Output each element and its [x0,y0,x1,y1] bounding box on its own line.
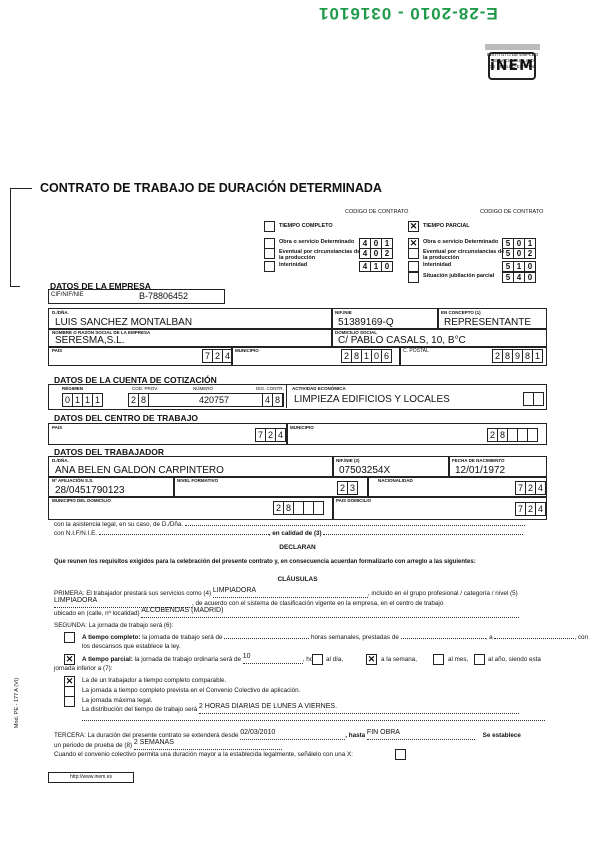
digit: 1 [362,350,372,362]
field-label: NIF./NIE [335,310,352,315]
digit [304,502,314,514]
digit: 8 [523,350,533,362]
distribucion-value: 2 HORAS DIARIAS DE LUNES A VIERNES. [199,703,337,710]
segunda-title: SEGUNDA: La jornada de trabajo será (6): [54,622,173,629]
parcial-option-label: Obra o servicio Determinado [423,239,508,245]
digit: 4 [263,394,273,406]
distribucion-line-2 [82,716,545,723]
digit [534,393,543,405]
dia-label: al día, [326,656,343,663]
empresa-domicilio-field[interactable]: DOMICILIO SOCIAL C/ PABLO CASALS, 10, B°… [331,328,547,348]
tercera-text: Se establece [483,732,521,739]
opt-comparable-label: La de un trabajador a tiempo completo co… [82,677,226,684]
prueba-value: 2 SEMANAS [134,739,174,746]
digit: 7 [516,482,526,494]
semana-label: a la semana, [381,656,417,663]
digit: 3 [348,482,357,494]
primera-text: ubicado en (calle, nº localidad) [54,610,140,617]
digit: 0 [372,350,382,362]
calidad-input[interactable] [323,534,523,535]
puesto-field[interactable]: LIMPIADORA [213,590,368,598]
convenio-checkbox[interactable] [395,749,406,760]
digit: 7 [203,350,213,362]
parcial-checkbox[interactable]: ✕ [64,654,75,665]
code-digit: 5 [503,273,514,282]
digit: 2 [342,350,352,362]
centro-pais-field[interactable]: PAIS [48,423,288,445]
mes-checkbox[interactable] [433,654,444,665]
tiempo-parcial-checkbox[interactable]: ✕ [408,221,419,232]
trabajador-pais-digits: 724 [515,502,546,516]
desde-value: 02/03/2010 [240,729,275,736]
tiempo-parcial-label: TIEMPO PARCIAL [423,223,470,229]
field-value: SERESMA,S.L. [55,335,124,346]
code-digit: 1 [525,239,535,248]
empresa-dona-field[interactable]: D./DÑA. LUIS SANCHEZ MONTALBAN [48,308,333,330]
field-value: 12/01/1972 [455,465,505,476]
clausulas-heading: CLÁUSULAS [0,576,595,583]
dig-digits: 48 [262,393,283,407]
ubicacion-value: ALCOBENDAS (MADRID) [141,607,223,614]
parcial-option-code: 510 [502,261,536,272]
digit: 2 [274,502,284,514]
field-label: MUNICIPIO [290,425,314,430]
ccc-number-field[interactable]: 420757 [128,393,284,407]
field-label: PAIS [52,348,62,353]
completo-text: la jornada de trabajo será de [141,634,223,641]
semana-checkbox[interactable]: ✕ [366,654,377,665]
digit: 8 [284,502,294,514]
digit: 2 [129,394,139,406]
parcial-option-code: 502 [502,248,536,259]
field-label: D./DÑA. [52,458,69,463]
field-value: 07503254X [339,465,390,476]
field-label: EN CONCEPTO (1) [441,310,481,315]
code-digit: 1 [371,262,382,271]
empresa-municipio-digits: 28106 [341,349,392,363]
digit: 7 [516,503,526,515]
distribucion-field-2[interactable] [82,720,545,721]
parcial-option-checkbox[interactable] [408,261,419,272]
inem-logo: iNEM INSTITUTO DE EMPLEO SERVICIO PUBLIC… [485,44,540,70]
nif-asistencia-label: con N.I.F/N.I.E. [54,530,97,537]
frame-line [10,286,20,287]
prov-digits: 28 [128,393,149,407]
opt-maxima-checkbox[interactable] [64,696,75,707]
code-digit: 5 [503,249,514,258]
distribucion-line: La distribución del tiempo de trabajo se… [82,706,519,714]
regimen-label: RÉGIMEN [62,386,83,391]
code-digit: 0 [382,262,392,271]
horas-value: 10 [243,653,251,660]
trabajador-nif-field[interactable]: NIF./NIE (2) 07503254X [332,456,450,478]
completo-text: , a [486,634,493,641]
prov-label: COD. PROV. [132,386,158,391]
tiempo-completo-label: TIEMPO COMPLETO [279,223,333,229]
empresa-pais-digits: 724 [202,349,233,363]
primera-line-2: LIMPIADORA, de acuerdo con el sistema de… [54,600,443,608]
completo-option-code: 410 [359,261,393,272]
code-digit: 0 [371,239,382,248]
code-digit: 4 [514,273,525,282]
tercera-line-2: un periodo de prueba de (8) 2 SEMANAS [54,742,282,750]
hasta-completo-input[interactable] [494,638,574,639]
field-value: REPRESENTANTE [444,317,531,328]
tercera-text: un periodo de prueba de (8) [54,742,132,749]
code-digit: 0 [525,273,535,282]
digit [528,429,537,441]
inem-url-link[interactable]: http://www.inem.es [48,772,134,783]
model-code: Mod. PE - 177 A (VI) [14,678,20,728]
trabajador-dona-field[interactable]: D./DÑA. ANA BELEN GALDON CARPINTERO [48,456,334,478]
digit [314,502,323,514]
trabajador-municipio-digits: 28 [273,501,324,515]
field-label: FECHA DE NACIMIENTO [452,458,505,463]
field-label: D./DÑA. [52,310,69,315]
digit [524,393,534,405]
digit: 2 [338,482,348,494]
cif-field[interactable]: CIF/NIF/NIE B-78806452 [48,289,225,304]
registry-stamp: E-28-2010 - 0316101 [318,3,498,23]
parcial-option-label: Interinidad [423,262,508,268]
horas-completo-input[interactable] [224,638,309,639]
digit: 1 [93,394,102,406]
horas-parcial-field[interactable]: 10 [243,656,303,664]
cif-label: CIF/NIF/NIE [51,292,84,298]
digit: 1 [83,394,93,406]
digit: 2 [488,429,498,441]
parcial-option-label: Eventual por circunstancias de la produc… [423,249,508,261]
tercera-text: TERCERA: La duración del presente contra… [54,732,238,739]
code-digit: 4 [360,239,371,248]
parcial-label: A tiempo parcial: [82,656,133,663]
section-centro: DATOS DEL CENTRO DE TRABAJO [54,413,198,423]
empresa-concepto-field[interactable]: EN CONCEPTO (1) REPRESENTANTE [437,308,547,330]
codigo-label-1: CODIGO DE CONTRATO [345,209,408,215]
code-digit: 4 [360,249,371,258]
inem-logo-mark: iNEM [488,52,536,80]
digit: 4 [223,350,232,362]
digit: 2 [526,503,536,515]
primera-text: PRIMERA: El trabajador prestará sus serv… [54,590,211,597]
digit: 8 [139,394,148,406]
digit: 4 [536,482,545,494]
field-label: Nº AFILIACIÓN S.S. [52,478,93,483]
dia-checkbox[interactable] [312,654,323,665]
frame-line [10,188,11,286]
parcial-option-checkbox[interactable] [408,272,419,283]
tiempo-completo-checkbox[interactable] [264,221,275,232]
digit [518,429,528,441]
declaran-heading: DECLARAN [0,544,595,551]
regimen-digits[interactable]: 0111 [62,393,103,407]
completo-option-checkbox[interactable] [264,248,275,259]
asistencia-line-1: con la asistencia legal, en su caso, de … [54,521,544,528]
code-digit: 2 [382,249,392,258]
parcial-text: la jornada de trabajo ordinaria será de [133,656,241,663]
field-value: 28/0451790123 [55,485,125,496]
primera-line-1: PRIMERA: El trabajador prestará sus serv… [54,590,518,598]
digit: 2 [526,482,536,494]
trabajador-nacimiento-field[interactable]: FECHA DE NACIMIENTO 12/01/1972 [448,456,547,478]
puesto-value: LIMPIADORA [213,587,256,594]
code-digit: 1 [514,262,525,271]
ano-label: al año, siendo esta [488,656,541,663]
digit: 8 [273,394,282,406]
digit: 2 [266,429,276,441]
field-label: NIF./NIE (2) [336,458,360,463]
nacionalidad-digits: 724 [515,481,546,495]
code-digit: 0 [525,262,535,271]
completo-option-label: Obra o servicio Determinado [279,239,364,245]
completo-label: A tiempo completo: [82,634,141,641]
parcial-line: A tiempo parcial: la jornada de trabajo … [82,656,322,664]
opt-maxima-label: La jornada máxima legal. [82,697,152,704]
tercera-text: , hasta [345,732,365,739]
asistencia-input[interactable] [185,525,525,526]
code-digit: 2 [525,249,535,258]
categoria-value: LIMPIADORA [54,597,97,604]
digit: 2 [213,350,223,362]
digit: 1 [533,350,542,362]
hasta-field[interactable]: FIN OBRA [367,732,475,740]
asistencia-label: con la asistencia legal, en su caso, de … [54,521,183,528]
completo-text: horas semanales, prestadas de [311,634,399,641]
desde-completo-input[interactable] [401,638,486,639]
digit: 4 [536,503,545,515]
nivel-digits: 23 [337,481,358,495]
digit: 8 [352,350,362,362]
field-label: C. POSTAL [403,348,429,354]
digit: 9 [513,350,523,362]
code-digit: 4 [360,262,371,271]
digit [294,502,304,514]
digit: 0 [63,394,73,406]
digit: 4 [276,429,285,441]
document-title: CONTRATO DE TRABAJO DE DURACIÓN DETERMIN… [40,181,382,195]
field-label: PAIS DOMICILIO [336,498,371,503]
field-value: LUIS SANCHEZ MONTALBAN [55,317,192,328]
completo-option-checkbox[interactable] [264,261,275,272]
centro-municipio-digits: 28 [487,428,538,442]
nif-asistencia-input[interactable] [99,534,269,535]
completo-line-1: A tiempo completo: la jornada de trabajo… [82,634,588,641]
divider [286,384,287,408]
dig-label: DIG. CONTR. [256,386,284,391]
completo-text: , con [574,634,588,641]
primera-text: , incluido en el grupo profesional / cat… [368,590,518,597]
code-digit: 0 [371,249,382,258]
digit: 2 [493,350,503,362]
numero-label: NÚMERO [193,386,213,391]
trabajador-afiliacion-field[interactable]: Nº AFILIACIÓN S.S. 28/0451790123 [48,476,175,498]
field-label: MUNICIPIO [235,348,259,353]
completo-line-2: los descansos que establece la ley. [82,643,181,650]
code-digit: 5 [503,239,514,248]
field-value: ANA BELEN GALDON CARPINTERO [55,465,224,476]
frame-line [10,188,32,189]
prueba-field[interactable]: 2 SEMANAS [134,742,282,750]
code-digit: 1 [382,239,392,248]
digit: 8 [498,429,508,441]
ubicacion-field[interactable]: ALCOBENDAS (MADRID) [141,610,519,618]
parcial-option-code: 540 [502,272,536,283]
empresa-cp-digits: 28981 [492,349,543,363]
tercera-line-1: TERCERA: La duración del presente contra… [54,732,521,740]
centro-pais-digits: 724 [255,428,286,442]
asistencia-line-2: con N.I.F/N.I.E. , en calidad de (3) [54,530,523,537]
actividad-value: LIMPIEZA EDIFICIOS Y LOCALES [294,394,450,405]
completo-option-label: Interinidad [279,262,364,268]
code-digit: 0 [514,239,525,248]
digit: 7 [256,429,266,441]
digit: 8 [503,350,513,362]
digit: 6 [382,350,391,362]
tercera-line-3: Cuando el convenio colectivo permita una… [54,751,353,758]
code-digit: 0 [514,249,525,258]
code-digit: 5 [503,262,514,271]
field-label: NACIONALIDAD [378,478,413,483]
field-value: C/ PABLO CASALS, 10, B°C [338,335,466,346]
primera-line-3: ubicado en (calle, nº localidad) ALCOBEN… [54,610,519,618]
distribucion-label: La distribución del tiempo de trabajo se… [82,706,197,713]
parcial-option-label: Situación jubilación parcial [423,273,508,279]
empresa-nif-field[interactable]: NIF./NIE 51389169-Q [331,308,439,330]
completo-option-code: 402 [359,248,393,259]
distribucion-field[interactable]: 2 HORAS DIARIAS DE LUNES A VIERNES. [199,706,519,714]
field-label: MUNICIPIO DEL DOMICILIO [52,498,111,503]
codigo-label-2: CODIGO DE CONTRATO [480,209,543,215]
declaran-text: Que reunen los requisitos exigidos para … [54,559,476,565]
parcial-option-checkbox[interactable] [408,248,419,259]
calidad-label: , en calidad de (3) [269,530,322,537]
digit: 1 [73,394,83,406]
ano-checkbox[interactable] [474,654,485,665]
completo-checkbox[interactable] [64,632,75,643]
cif-value: B-78806452 [139,291,188,301]
digit [508,429,518,441]
desde-field[interactable]: 02/03/2010 [240,732,345,740]
field-label: NIVEL FORMATIVO [177,478,218,483]
actividad-label: ACTIVIDAD ECONÓMICA [292,386,346,391]
mes-label: al mes, [448,656,468,663]
field-label: PAIS [52,425,62,430]
field-value: 51389169-Q [338,317,394,328]
actividad-code-digits[interactable] [523,392,544,406]
hasta-value: FIN OBRA [367,729,400,736]
empresa-razon-field[interactable]: NOMBRE O RAZÓN SOCIAL DE LA EMPRESA SERE… [48,328,333,348]
completo-option-label: Eventual por circunstancias de la produc… [279,249,364,261]
opt-convenio-label: La jornada a tiempo completo prevista en… [82,687,300,694]
primera-text: , de acuerdo con el sistema de clasifica… [192,600,443,607]
numero-value: 420757 [199,394,229,406]
inferior-label: jornada inferior a (7): [54,665,112,672]
